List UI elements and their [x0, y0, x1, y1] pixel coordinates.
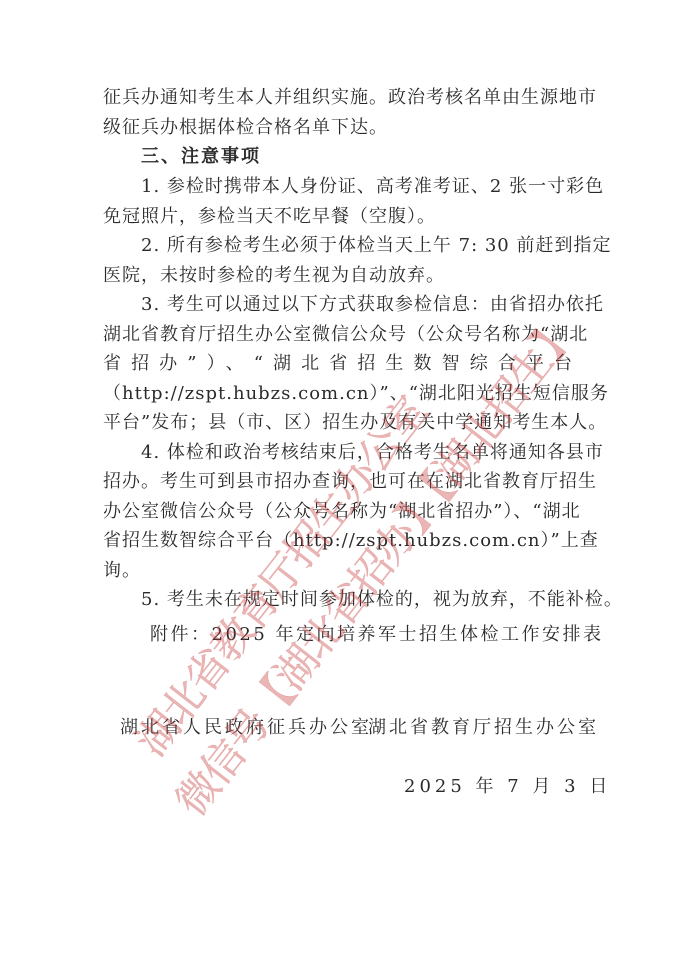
body-text-line: 级征兵办根据体检合格名单下达。 — [103, 113, 573, 143]
list-item-3-line: 省招办”）、“湖北省招生数智综合平台 — [103, 349, 573, 379]
document-page: 征兵办通知考生本人并组织实施。政治考核名单由生源地市 级征兵办根据体检合格名单下… — [0, 0, 680, 961]
list-item-5-line: 5. 考生未在规定时间参加体检的，视为放弃，不能补检。 — [141, 585, 573, 615]
list-item-3-line: （http://zspt.hubzs.com.cn）”、“湖北阳光招生短信服务 — [103, 379, 573, 409]
list-item-4-line: 4. 体检和政治考核结束后，合格考生名单将通知各县市 — [141, 438, 573, 468]
list-item-4-line: 省招生数智综合平台（http://zspt.hubzs.com.cn）”上查 — [103, 526, 573, 556]
list-item-1-line: 免冠照片，参检当天不吃早餐（空腹）。 — [103, 202, 573, 232]
document-date: 2025 年 7 月 3 日 — [404, 772, 611, 802]
list-item-3-line: 3. 考生可以通过以下方式获取参检信息：由省招办依托 — [141, 290, 573, 320]
list-item-1-line: 1. 参检时携带本人身份证、高考准考证、2 张一寸彩色 — [141, 172, 573, 202]
signature-left: 湖北省人民政府征兵办公室 — [120, 713, 372, 743]
signature-right: 湖北省教育厅招生办公室 — [368, 713, 599, 743]
list-item-2-line: 2. 所有参检考生必须于体检当天上午 7: 30 前赶到指定 — [141, 231, 573, 261]
section-heading: 三、注意事项 — [141, 142, 573, 172]
list-item-4-line: 办公室微信公众号（公众号名称为“湖北省招办”）、“湖北 — [103, 497, 573, 527]
attachment-note: 附件：2025 年定向培养军士招生体检工作安排表 — [150, 620, 604, 650]
list-item-4-line: 询。 — [103, 556, 573, 586]
list-item-2-line: 医院，未按时参检的考生视为自动放弃。 — [103, 261, 573, 291]
list-item-3-line: 平台”发布；县（市、区）招生办及有关中学通知考生本人。 — [103, 408, 573, 438]
list-item-3-line: 湖北省教育厅招生办公室微信公众号（公众号名称为“湖北 — [103, 320, 573, 350]
list-item-4-line: 招办。考生可到县市招办查询，也可在在湖北省教育厅招生 — [103, 467, 573, 497]
body-text-line: 征兵办通知考生本人并组织实施。政治考核名单由生源地市 — [103, 83, 573, 113]
